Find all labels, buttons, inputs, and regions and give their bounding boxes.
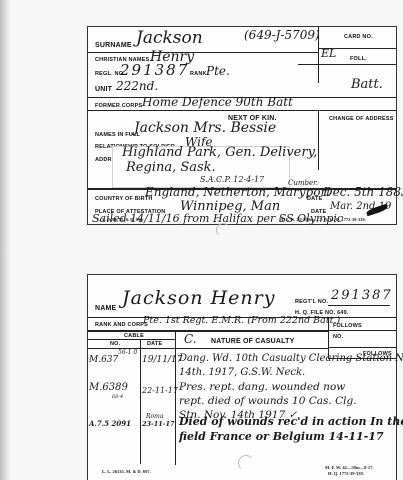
row-line: Died of wounds rec'd in action In the [179, 415, 403, 428]
value-date-of-birth: Dec. 5th 1883 [323, 185, 403, 199]
row-cable-no: M.6389 [89, 382, 128, 393]
label-former-corps: FORMER CORPS [95, 103, 142, 109]
row-date: 22-11-17 [142, 386, 178, 395]
label-rank: RANK [190, 71, 207, 77]
card1-footer-left: L. L. 9494. M. & D. 693. [97, 217, 144, 222]
value-rank: Pte. [206, 64, 230, 78]
row-line: Dang. Wd. 10th Casualty Clearing Station… [179, 353, 403, 364]
label-date-of-birth: DATE [307, 196, 322, 202]
value-unit: 222nd. [116, 79, 158, 93]
card2-footer-right-line1: M. F. W. 42—50m—8-17. [325, 465, 373, 470]
label-name: NAME [95, 305, 116, 312]
label-col-date: DATE [147, 341, 162, 347]
label-rank-and-corps: RANK AND CORPS [95, 322, 148, 328]
row-cable-no: A.7.5 2091 [89, 419, 131, 428]
label-change-of-address: CHANGE OF ADDRESS [329, 116, 394, 122]
row-date: 19/11/17 [142, 355, 182, 365]
value-former-corps: Home Defence 90th Batt [142, 95, 293, 109]
row-cable-no-sup: 68-4 [112, 394, 123, 400]
card2-footer-right-line2: H. Q. 1772-39-339. [328, 471, 364, 476]
label-foll: FOLL. [350, 56, 367, 62]
value-unit-suffix: Batt. [351, 77, 383, 92]
value-regt-no-2: 291387 [331, 288, 393, 303]
value-name: Jackson Henry [122, 287, 275, 309]
value-address-line2: Regina, Sask. [126, 160, 216, 175]
value-surname: Jackson [136, 28, 203, 48]
value-file-ref: (649-J-5709) [244, 28, 320, 42]
value-address-stamp: S.A.C.P. 12-4-17 [200, 175, 264, 184]
label-nature-of-casualty: NATURE OF CASUALTY [211, 338, 294, 345]
label-col-no: No. [110, 341, 120, 347]
value-nok-name: Jackson Mrs. Bessie [134, 120, 276, 136]
attestation-index-card: SURNAME Jackson (649-J-5709) CARD NO. EL… [87, 26, 397, 225]
label-follows: FOLLOWS [333, 323, 362, 329]
label-country-of-birth: COUNTRY OF BIRTH [95, 196, 153, 202]
value-birth-annotation: Cumber. [288, 179, 318, 187]
scan-edge [0, 0, 10, 480]
row-line: 14th. 1917, G.S.W. Neck. [179, 367, 305, 378]
label-regt-no-2: REGT'L No. [295, 299, 328, 305]
label-unit: UNIT [95, 86, 112, 93]
row-cable-no: M.637 [89, 355, 118, 365]
casualty-card: NAME Jackson Henry REGT'L No. 291387 H. … [87, 274, 397, 480]
row-cable-no-sup: 56-1 0 [118, 349, 137, 356]
row-date: 23-11-17 [142, 420, 175, 428]
card1-footer-right: M. F. W. 23/ 500m.—3-16. H. Q. 1772-39-3… [279, 217, 366, 222]
value-country-of-birth: England, Netherton, Maryport [145, 185, 331, 199]
value-regt-no: 291387 [120, 61, 189, 79]
label-card-no: CARD NO. [344, 34, 373, 40]
paper-smudge [238, 455, 254, 471]
paper-smudge [216, 223, 230, 237]
row-line: rept. died of wounds 10 Cas. Clg. [179, 395, 357, 407]
value-rank-and-corps: Pte. 1st Regt. E.M.R. (From 222nd Batt.) [143, 315, 340, 326]
row-cable-no-sup: Roma [146, 413, 163, 420]
label-address: ADDR [95, 157, 112, 163]
card2-footer-left: L. L. 26135. M. & D. 697. [102, 469, 151, 474]
value-code: C. [184, 332, 197, 346]
value-address-line1: Highland Park, Gen. Delivery, [122, 145, 317, 160]
label-no-follows: No. [333, 334, 343, 340]
label-surname: SURNAME [95, 42, 132, 49]
row-line: Pres. rept. dang. wounded now [179, 381, 345, 393]
value-foll: EL [321, 47, 336, 60]
row-line: field France or Belgium 14-11-17 [179, 430, 384, 443]
